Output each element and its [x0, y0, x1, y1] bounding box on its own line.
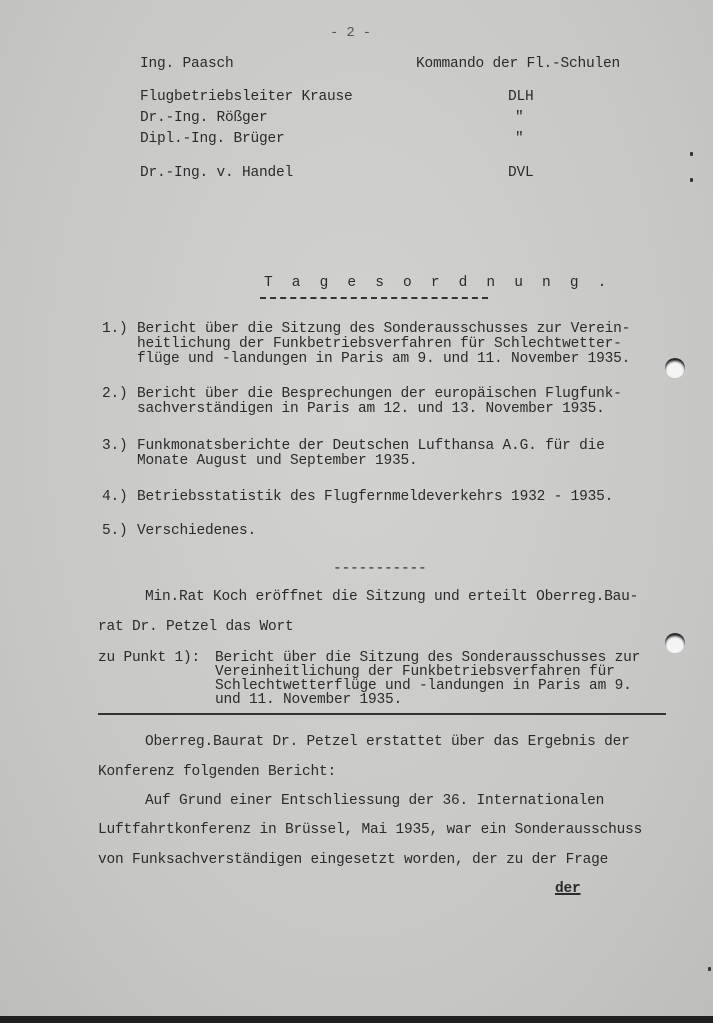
- document-page: - 2 - Ing. Paasch Kommando der Fl.-Schul…: [0, 0, 713, 1016]
- report-line: von Funksachverständigen eingesetzt word…: [98, 853, 608, 868]
- agenda-number: 5.): [102, 524, 128, 539]
- agenda-heading: T a g e s o r d n u n g .: [264, 276, 612, 291]
- report-line: Oberreg.Baurat Dr. Petzel erstattet über…: [145, 735, 630, 750]
- participant-name: Flugbetriebsleiter Krause: [140, 90, 353, 105]
- agenda-number: 1.): [102, 322, 128, 337]
- opening-line: rat Dr. Petzel das Wort: [98, 620, 294, 635]
- participant-org: Kommando der Fl.-Schulen: [416, 57, 620, 72]
- agenda-number: 4.): [102, 490, 128, 505]
- agenda-line: sachverständigen in Paris am 12. und 13.…: [137, 402, 605, 417]
- section-separator: -----------: [333, 562, 427, 577]
- report-line: Luftfahrtkonferenz in Brüssel, Mai 1935,…: [98, 823, 642, 838]
- point-line: und 11. November 1935.: [215, 693, 402, 708]
- scan-edge: [0, 1016, 713, 1023]
- point-underline: [98, 713, 666, 715]
- report-line: Auf Grund einer Entschliessung der 36. I…: [145, 794, 604, 809]
- agenda-line: Bericht über die Sitzung des Sonderaussc…: [137, 322, 630, 337]
- agenda-line: Verschiedenes.: [137, 524, 256, 539]
- edge-mark: [690, 178, 693, 182]
- point-label: zu Punkt 1):: [98, 651, 200, 666]
- opening-line: Min.Rat Koch eröffnet die Sitzung und er…: [145, 590, 638, 605]
- continuation-word: der: [555, 882, 581, 897]
- agenda-line: heitlichung der Funkbetriebsverfahren fü…: [137, 337, 622, 352]
- participant-name: Dr.-Ing. v. Handel: [140, 166, 293, 181]
- punch-hole: [665, 358, 685, 378]
- agenda-number: 2.): [102, 387, 128, 402]
- participant-name: Dipl.-Ing. Brüger: [140, 132, 285, 147]
- participant-org: DVL: [508, 166, 534, 181]
- participant-org: ": [515, 111, 524, 126]
- edge-mark: [708, 967, 711, 971]
- participant-org: ": [515, 132, 524, 147]
- participant-org: DLH: [508, 90, 534, 105]
- agenda-number: 3.): [102, 439, 128, 454]
- participant-name: Dr.-Ing. Rößger: [140, 111, 268, 126]
- participant-name: Ing. Paasch: [140, 57, 234, 72]
- agenda-line: Bericht über die Besprechungen der europ…: [137, 387, 622, 402]
- agenda-line: Monate August und September 1935.: [137, 454, 418, 469]
- agenda-line: Betriebsstatistik des Flugfernmeldeverke…: [137, 490, 613, 505]
- page-number: - 2 -: [330, 26, 371, 41]
- agenda-line: flüge und -landungen in Paris am 9. und …: [137, 352, 630, 367]
- punch-hole: [665, 633, 685, 653]
- edge-mark: [690, 152, 693, 156]
- report-line: Konferenz folgenden Bericht:: [98, 765, 336, 780]
- agenda-line: Funkmonatsberichte der Deutschen Lufthan…: [137, 439, 605, 454]
- heading-underline: [260, 297, 488, 299]
